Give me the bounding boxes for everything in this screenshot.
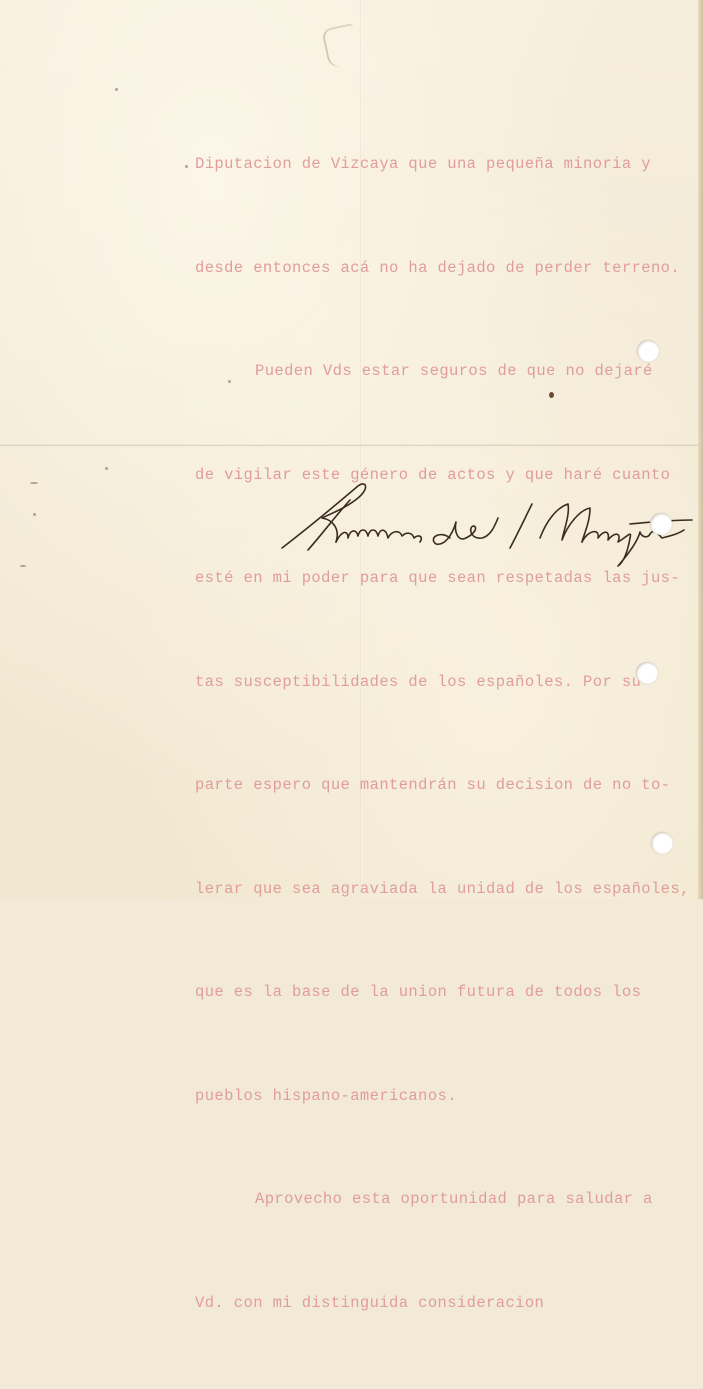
- paper-speck: [30, 482, 38, 484]
- punch-hole: [650, 513, 672, 535]
- paper-speck: [33, 513, 36, 516]
- paper-speck: [115, 88, 118, 91]
- punch-hole: [637, 340, 659, 362]
- body-line: lerar que sea agraviada la unidad de los…: [195, 872, 703, 900]
- crumple-mark: [321, 23, 361, 69]
- paper-speck: [105, 467, 108, 470]
- body-line: desde entonces acá no ha dejado de perde…: [195, 251, 703, 286]
- body-line: parte espero que mantendrán su decision …: [195, 768, 703, 803]
- body-line: Diputacion de Vizcaya que una pequeña mi…: [195, 147, 703, 182]
- punch-hole: [651, 832, 673, 854]
- handwritten-signature: Ramiro de Maeztu: [278, 478, 698, 568]
- ink-spot: [549, 392, 554, 398]
- body-line: tas susceptibilidades de los españoles. …: [195, 665, 703, 700]
- punch-hole: [636, 662, 658, 684]
- paper-speck: [20, 565, 26, 567]
- body-line: Pueden Vds estar seguros de que no dejar…: [195, 354, 703, 389]
- letter-page: Diputacion de Vizcaya que una pequeña mi…: [0, 0, 703, 899]
- paper-speck: [228, 380, 231, 383]
- paper-speck: [185, 165, 188, 168]
